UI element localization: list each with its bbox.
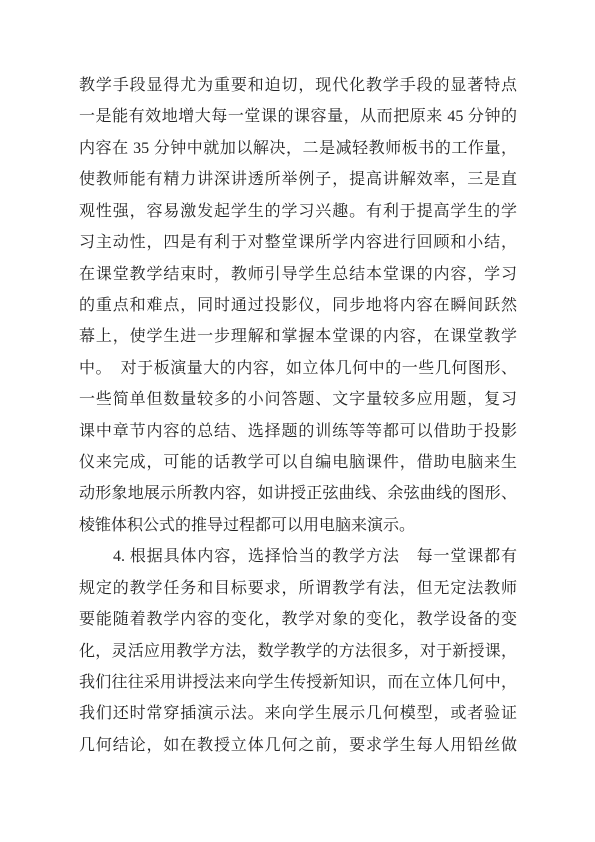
text-line: 我们还时常穿插演示法。来向学生展示几何模型，或者验证: [79, 698, 517, 729]
text-line: 课中章节内容的总结、选择题的训练等等都可以借助于投影: [79, 416, 517, 447]
text-line: 习主动性，四是有利于对整堂课所学内容进行回顾和小结，: [79, 227, 517, 258]
text-line: 动形象地展示所教内容，如讲授正弦曲线、余弦曲线的图形、: [79, 478, 517, 509]
body-text: 教学手段显得尤为重要和迫切，现代化教学手段的显著特点 一是能有效地增大每一堂课的…: [79, 70, 517, 761]
text-line: 仪来完成，可能的话教学可以自编电脑课件，借助电脑来生: [79, 447, 517, 478]
text-line-paragraph-end: 棱锥体积公式的推导过程都可以用电脑来演示。: [79, 510, 517, 541]
text-line: 一是能有效地增大每一堂课的课容量，从而把原来 45 分钟的: [79, 101, 517, 132]
text-line: 观性强，容易激发起学生的学习兴趣。有利于提高学生的学: [79, 196, 517, 227]
document-page: 教学手段显得尤为重要和迫切，现代化教学手段的显著特点 一是能有效地增大每一堂课的…: [0, 0, 595, 842]
text-line: 在课堂教学结束时，教师引导学生总结本堂课的内容，学习: [79, 259, 517, 290]
text-line: 规定的教学任务和目标要求，所谓教学有法，但无定法教师: [79, 573, 517, 604]
text-line: 教学手段显得尤为重要和迫切，现代化教学手段的显著特点: [79, 70, 517, 101]
text-line: 几何结论，如在教授立体几何之前，要求学生每人用铅丝做: [79, 730, 517, 761]
text-line: 化，灵活应用教学方法，数学教学的方法很多，对于新授课，: [79, 636, 517, 667]
text-line-paragraph-start: 4. 根据具体内容，选择恰当的教学方法 每一堂课都有: [79, 541, 517, 572]
text-line: 幕上，使学生进一步理解和掌握本堂课的内容，在课堂教学: [79, 321, 517, 352]
text-line: 内容在 35 分钟中就加以解决，二是减轻教师板书的工作量，: [79, 133, 517, 164]
text-line: 要能随着教学内容的变化，教学对象的变化，教学设备的变: [79, 604, 517, 635]
text-line: 我们往往采用讲授法来向学生传授新知识，而在立体几何中，: [79, 667, 517, 698]
text-line: 一些简单但数量较多的小问答题、文字量较多应用题，复习: [79, 384, 517, 415]
text-line: 的重点和难点，同时通过投影仪，同步地将内容在瞬间跃然: [79, 290, 517, 321]
text-line: 使教师能有精力讲深讲透所举例子，提高讲解效率，三是直: [79, 164, 517, 195]
text-line: 中。 对于板演量大的内容，如立体几何中的一些几何图形、: [79, 353, 517, 384]
